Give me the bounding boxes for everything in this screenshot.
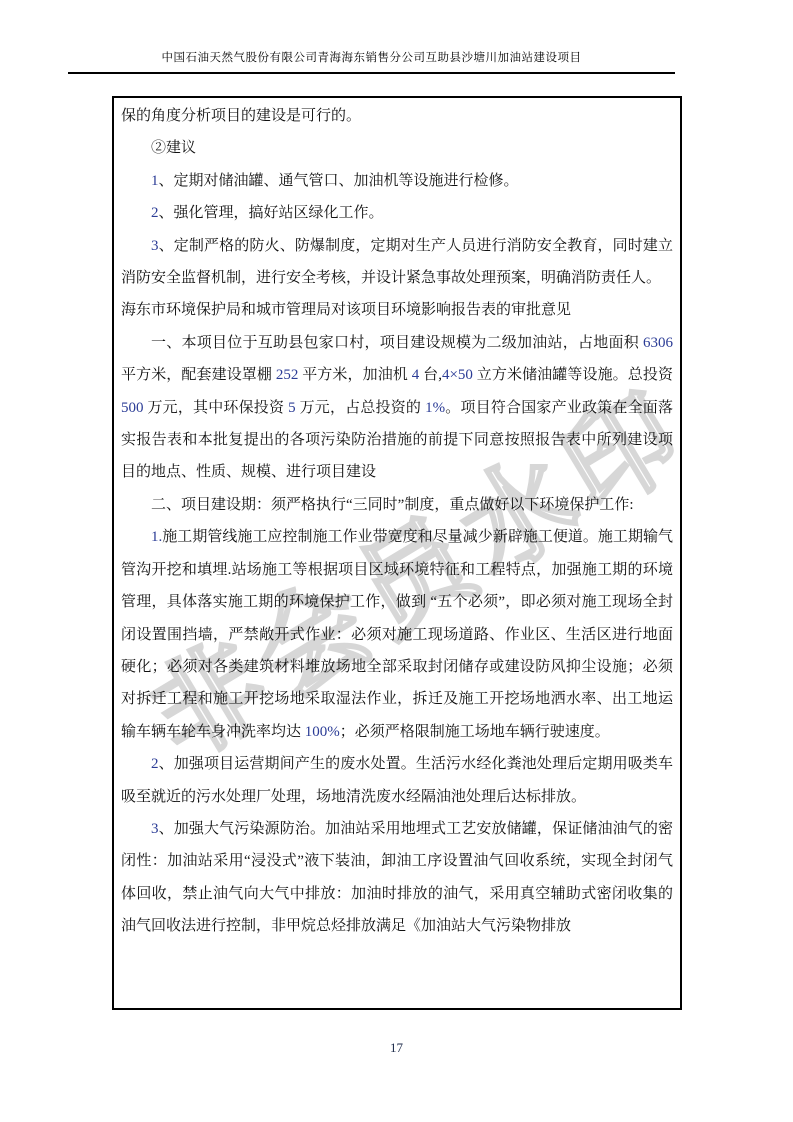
numeric-text: 500	[121, 400, 144, 416]
numeric-text: 3	[151, 821, 159, 837]
numeric-text: 2	[151, 756, 159, 772]
paragraph: 2、强化管理，搞好站区绿化工作。	[121, 197, 673, 229]
body-text: 平方米，加油机	[298, 367, 411, 383]
body-text: 海东市环境保护局和城市管理局对该项目环境影响报告表的审批意见	[121, 302, 571, 318]
page-header-title: 中国石油天然气股份有限公司青海海东销售分公司互助县沙塘川加油站建设项目	[68, 49, 675, 65]
numeric-text: 4×50	[442, 367, 473, 383]
numeric-text: 252	[276, 367, 299, 383]
numeric-text: 1	[151, 173, 159, 189]
report-table-cell: 保的角度分析项目的建设是可行的。②建议1、定期对储油罐、通气管口、加油机等设施进…	[112, 96, 682, 1010]
page-number: 17	[0, 1040, 793, 1056]
numeric-text: 1.	[151, 529, 162, 545]
numeric-text: 6306	[643, 335, 673, 351]
header-divider	[68, 72, 675, 74]
numeric-text: 5	[288, 400, 296, 416]
body-text: 平方米，配套建设罩棚	[121, 367, 276, 383]
body-text: 立方米储油罐等设施。总投资	[473, 367, 673, 383]
report-text: 保的角度分析项目的建设是可行的。②建议1、定期对储油罐、通气管口、加油机等设施进…	[114, 98, 680, 1008]
paragraph: 1、定期对储油罐、通气管口、加油机等设施进行检修。	[121, 165, 673, 197]
body-text: ；必须严格限制施工场地车辆行驶速度。	[340, 724, 610, 740]
numeric-text: 2	[151, 205, 159, 221]
body-text: 保的角度分析项目的建设是可行的。	[121, 108, 361, 124]
paragraph: 1.施工期管线施工应控制施工作业带宽度和尽量减少新辟施工便道。施工期输气管沟开挖…	[121, 521, 673, 748]
body-text: 一、本项目位于互助县包家口村，项目建设规模为二级加油站，占地面积	[151, 335, 643, 351]
body-text: 、加强项目运营期间产生的废水处置。生活污水经化粪池处理后定期用吸类车吸至就近的污…	[121, 756, 673, 804]
body-text: 、强化管理，搞好站区绿化工作。	[159, 205, 384, 221]
body-text: 台,	[419, 367, 442, 383]
paragraph: ②建议	[121, 132, 673, 164]
body-text: 二、项目建设期：须严格执行“三同时”制度，重点做好以下环境保护工作:	[151, 497, 634, 513]
body-text: 万元，占总投资的	[296, 400, 425, 416]
paragraph: 2、加强项目运营期间产生的废水处置。生活污水经化粪池处理后定期用吸类车吸至就近的…	[121, 748, 673, 813]
paragraph: 3、定制严格的防火、防爆制度，定期对生产人员进行消防安全教育，同时建立消防安全监…	[121, 230, 673, 295]
paragraph: 海东市环境保护局和城市管理局对该项目环境影响报告表的审批意见	[121, 294, 673, 326]
numeric-text: 1%	[425, 400, 445, 416]
paragraph: 二、项目建设期：须严格执行“三同时”制度，重点做好以下环境保护工作:	[121, 489, 673, 521]
document-page: 中国石油天然气股份有限公司青海海东销售分公司互助县沙塘川加油站建设项目 非会员水…	[0, 0, 793, 1122]
body-text: ②建议	[151, 140, 196, 156]
paragraph: 一、本项目位于互助县包家口村，项目建设规模为二级加油站，占地面积 6306 平方…	[121, 327, 673, 489]
numeric-text: 3	[151, 238, 159, 254]
body-text: 、定期对储油罐、通气管口、加油机等设施进行检修。	[159, 173, 519, 189]
paragraph: 3、加强大气污染源防治。加油站采用地埋式工艺安放储罐，保证储油油气的密闭性：加油…	[121, 813, 673, 943]
paragraph: 保的角度分析项目的建设是可行的。	[121, 100, 673, 132]
body-text: 万元，其中环保投资	[144, 400, 289, 416]
body-text: 施工期管线施工应控制施工作业带宽度和尽量减少新辟施工便道。施工期输气管沟开挖和填…	[121, 529, 673, 739]
body-text: 、加强大气污染源防治。加油站采用地埋式工艺安放储罐，保证储油油气的密闭性：加油站…	[121, 821, 673, 934]
numeric-text: 100%	[305, 724, 340, 740]
body-text: 、定制严格的防火、防爆制度，定期对生产人员进行消防安全教育，同时建立消防安全监督…	[121, 238, 673, 286]
